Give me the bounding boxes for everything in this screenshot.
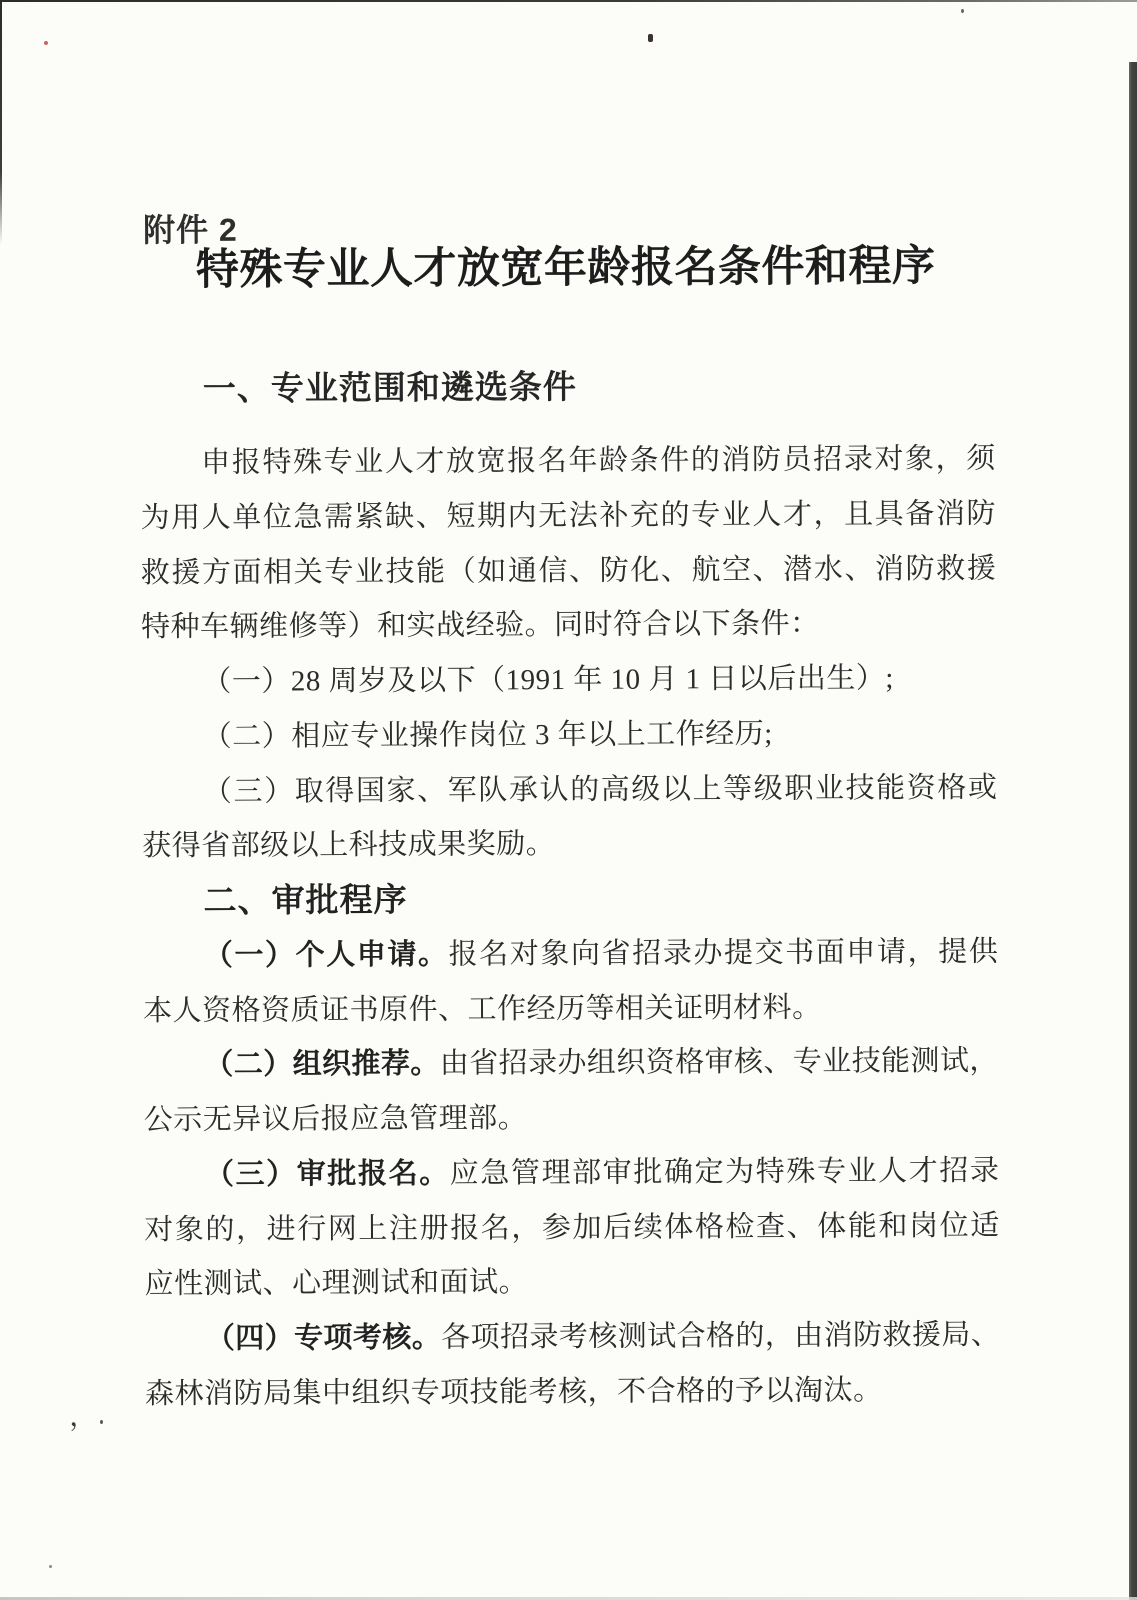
text-run: 报名对象向省招录办提交书面申请，提供	[449, 936, 998, 971]
text-run: 申报特殊专业人才放宽报名年龄条件的消防员招录对象，须	[201, 443, 995, 479]
text-line: （三）审批报名。应急管理部审批确定为特殊专业人才招录	[144, 1144, 999, 1203]
text-run: （三）取得国家、军队承认的高级以上等级职业技能资格或	[203, 771, 997, 807]
text-line: 救援方面相关专业技能（如通信、防化、航空、潜水、消防救援	[141, 541, 996, 600]
bold-text-run: （四）专项考核。	[206, 1322, 442, 1355]
text-line: （一）个人申请。报名对象向省招录办提交书面申请，提供	[143, 925, 998, 984]
section-heading: 二、审批程序	[142, 870, 997, 929]
scan-speck	[961, 9, 964, 13]
text-run: 公示无异议后报应急管理部。	[144, 1102, 528, 1136]
text-run: 获得省部级以上科技成果奖励。	[142, 828, 555, 862]
scan-edge-left	[0, 0, 2, 245]
text-line: （四）专项考核。各项招录考核测试合格的，由消防救援局、	[145, 1308, 1000, 1367]
text-run: 特种车辆维修等）和实战经验。同时符合以下条件：	[141, 608, 820, 644]
text-line: （三）取得国家、军队承认的高级以上等级职业技能资格或	[142, 760, 997, 819]
scan-speck	[49, 1565, 52, 1568]
text-run: 森林消防局集中组织专项技能考核，不合格的予以淘汰。	[145, 1374, 883, 1410]
bold-text-run: （三）审批报名。	[205, 1157, 450, 1190]
scanned-document-page: 附件 2 特殊专业人才放宽年龄报名条件和程序 一、专业范围和遴选条件 申报特殊专…	[0, 0, 1137, 1600]
text-run: 救援方面相关专业技能（如通信、防化、航空、潜水、消防救援	[141, 552, 996, 588]
bold-text-run: （一）个人申请。	[204, 938, 449, 971]
text-line: （二）相应专业操作岗位 3 年以上工作经历;	[142, 706, 997, 765]
text-run: （二）相应专业操作岗位 3 年以上工作经历;	[203, 718, 773, 753]
text-line: 森林消防局集中组织专项技能考核，不合格的予以淘汰。	[145, 1363, 1000, 1422]
section-heading-professional-scope: 一、专业范围和遴选条件	[203, 362, 577, 414]
scan-stray-mark: ，	[69, 1394, 97, 1434]
scan-speck	[100, 1420, 103, 1424]
text-line: 公示无异议后报应急管理部。	[144, 1089, 999, 1148]
text-line: （二）组织推荐。由省招录办组织资格审核、专业技能测试，	[143, 1034, 998, 1093]
text-run: 由省招录办组织资格审核、专业技能测试，	[440, 1045, 999, 1080]
text-line: 特种车辆维修等）和实战经验。同时符合以下条件：	[141, 596, 996, 655]
scan-speck	[44, 41, 48, 45]
document-title: 特殊专业人才放宽年龄报名条件和程序	[0, 237, 1134, 301]
document-content: 附件 2 特殊专业人才放宽年龄报名条件和程序 一、专业范围和遴选条件 申报特殊专…	[0, 0, 1137, 1600]
text-run: 为用人单位急需紧缺、短期内无法补充的专业人才，且具备消防	[140, 498, 995, 534]
text-line: 为用人单位急需紧缺、短期内无法补充的专业人才，且具备消防	[140, 487, 995, 546]
bold-text-run: （二）组织推荐。	[204, 1048, 440, 1081]
scan-speck	[648, 34, 653, 42]
text-line: （一）28 周岁及以下（1991 年 10 月 1 日以后出生）;	[141, 651, 996, 710]
text-line: 应性测试、心理测试和面试。	[144, 1253, 999, 1312]
text-run: 各项招录考核测试合格的，由消防救援局、	[441, 1319, 1000, 1354]
scan-edge-top	[0, 0, 1137, 2]
scan-edge-right	[1129, 62, 1137, 1600]
body-flow: 申报特殊专业人才放宽报名年龄条件的消防员招录对象，须为用人单位急需紧缺、短期内无…	[140, 432, 1000, 1422]
text-line: 获得省部级以上科技成果奖励。	[142, 815, 997, 874]
text-run: 本人资格资质证书原件、工作经历等相关证明材料。	[143, 991, 822, 1027]
bold-text-run: 二、审批程序	[203, 881, 407, 919]
text-line: 本人资格资质证书原件、工作经历等相关证明材料。	[143, 979, 998, 1038]
text-run: 应急管理部审批确定为特殊专业人才招录	[450, 1155, 999, 1190]
text-run: （一）28 周岁及以下（1991 年 10 月 1 日以后出生）;	[202, 662, 894, 698]
text-run: 对象的，进行网上注册报名，参加后续体格检查、体能和岗位适	[144, 1209, 999, 1245]
text-run: 应性测试、心理测试和面试。	[144, 1266, 528, 1300]
text-line: 申报特殊专业人才放宽报名年龄条件的消防员招录对象，须	[140, 432, 995, 491]
text-line: 对象的，进行网上注册报名，参加后续体格检查、体能和岗位适	[144, 1198, 999, 1257]
